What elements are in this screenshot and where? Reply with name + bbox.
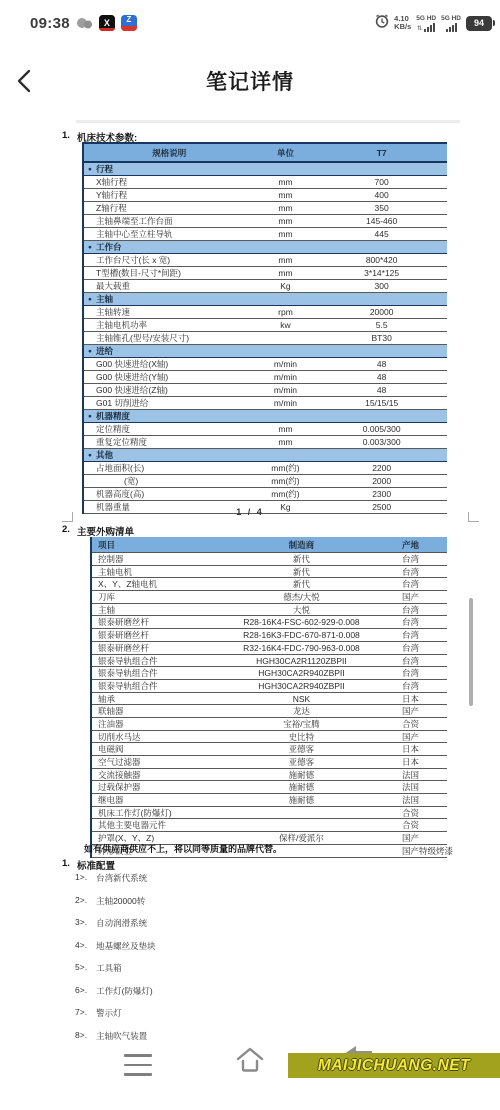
item-name: 刀库 xyxy=(92,591,227,603)
signal-bars-icon xyxy=(424,23,435,32)
spec-row: 占地面积(长)mm(约)2200 xyxy=(84,462,447,475)
item-name: 银泰导轨组合件 xyxy=(92,680,227,692)
section-title: 主要外购清单 xyxy=(77,524,134,538)
spec-row: (宽)mm(约)2000 xyxy=(84,475,447,488)
spec-group-row: ●主轴 xyxy=(84,293,447,306)
item-name: X、Y、Z轴电机 xyxy=(92,578,227,590)
purchase-table-body: 控制器新代台湾主轴电机新代台湾X、Y、Z轴电机新代台湾刀库德杰/大悦国产主轴大悦… xyxy=(92,553,447,858)
manufacturer: 新代 xyxy=(227,553,376,565)
spec-group-row: ●工作台 xyxy=(84,241,447,254)
spec-name: 主轴电机功率 xyxy=(84,319,255,331)
origin: 日本 xyxy=(376,756,447,768)
page-indicator: 1 / 4 xyxy=(0,507,500,517)
spec-name: 主轴中心至立柱导轨 xyxy=(84,228,255,240)
column-header: 项目 xyxy=(92,539,227,551)
item-number: 4>. xyxy=(75,940,87,952)
spec-value: 48 xyxy=(316,359,447,369)
hamburger-menu-icon xyxy=(124,1073,152,1076)
page-edge xyxy=(76,120,460,123)
sim1-network-type: 5G HD xyxy=(416,15,436,22)
manufacturer: 大悦 xyxy=(227,604,376,616)
purchase-row: 银泰导轨组合件HGH30CA2R940ZBPII台湾 xyxy=(92,667,447,680)
manufacturer: HGH30CA2R1120ZBPII xyxy=(227,656,376,666)
spec-group-row: ●机器精度 xyxy=(84,410,447,423)
section3-heading: 1. 标准配置 xyxy=(62,858,115,872)
spec-name: (宽) xyxy=(84,475,255,487)
purchase-row: 注油器宝裕/宝腾合资 xyxy=(92,718,447,731)
spec-name: X轴行程 xyxy=(84,176,255,188)
spec-table-header: 规格说明 单位 T7 xyxy=(84,142,447,163)
spec-value: 20000 xyxy=(316,307,447,317)
section-number: 1. xyxy=(62,858,70,872)
purchase-row: 轴承NSK日本 xyxy=(92,693,447,706)
item-number: 7>. xyxy=(75,1007,87,1019)
spec-unit: m/min xyxy=(255,372,317,382)
hamburger-menu-icon xyxy=(124,1054,152,1057)
phone-screen: 09:38 X Z 4.10 KB/s 5G HD ⇅ 5G HD xyxy=(0,0,500,1110)
spec-name: G00 快速进给(Y轴) xyxy=(84,371,255,383)
group-label: 工作台 xyxy=(96,241,122,253)
spec-name: 定位精度 xyxy=(84,423,255,435)
origin: 国产 xyxy=(376,731,447,743)
spec-value: 300 xyxy=(316,281,447,291)
spec-name: 主轴鼻端至工作台面 xyxy=(84,215,255,227)
purchase-row: 机床工作灯(防爆灯)合资 xyxy=(92,807,447,820)
config-list-item: 1>.台湾新代系统 xyxy=(75,872,156,884)
purchase-row: 电磁阀亚德客日本 xyxy=(92,743,447,756)
spec-row: 最大载重Kg300 xyxy=(84,280,447,293)
home-button[interactable] xyxy=(234,1044,266,1076)
spec-name: 最大载重 xyxy=(84,280,255,292)
item-name: 主轴 xyxy=(92,604,227,616)
purchase-row: 交流接触器施耐德法国 xyxy=(92,769,447,782)
group-label: 其他 xyxy=(96,449,113,461)
origin: 台湾 xyxy=(376,604,447,616)
spec-value: 2000 xyxy=(316,476,447,486)
battery-icon: 94 xyxy=(466,16,492,31)
spec-row: G00 快速进给(Z轴)m/min48 xyxy=(84,384,447,397)
scrollbar[interactable] xyxy=(469,598,473,706)
spec-value: 15/15/15 xyxy=(316,398,447,408)
spec-row: G00 快速进给(Y轴)m/min48 xyxy=(84,371,447,384)
item-name: 联轴器 xyxy=(92,705,227,717)
spec-value: 700 xyxy=(316,177,447,187)
item-number: 1>. xyxy=(75,872,87,884)
spec-row: X轴行程mm700 xyxy=(84,176,447,189)
item-text: 台湾新代系统 xyxy=(96,872,147,884)
manufacturer: 龙达 xyxy=(227,705,376,717)
config-list-item: 5>.工具箱 xyxy=(75,962,156,974)
spec-unit: mm xyxy=(255,203,317,213)
manufacturer: 新代 xyxy=(227,566,376,578)
item-text: 工作灯(防爆灯) xyxy=(96,985,153,997)
origin: 台湾 xyxy=(376,553,447,565)
item-name: 银泰导轨组合件 xyxy=(92,667,227,679)
manufacturer: 施耐德 xyxy=(227,781,376,793)
section-number: 2. xyxy=(62,524,70,538)
item-name: 主轴电机 xyxy=(92,566,227,578)
spec-unit: rpm xyxy=(255,307,317,317)
origin: 国产 xyxy=(376,832,447,844)
origin: 台湾 xyxy=(376,629,447,641)
spec-value: 0.005/300 xyxy=(316,424,447,434)
item-name: 继电器 xyxy=(92,794,227,806)
item-name: 银泰研磨丝杆 xyxy=(92,616,227,628)
spec-value: 445 xyxy=(316,229,447,239)
spec-name: 工作台尺寸(长 x 宽) xyxy=(84,254,255,266)
spec-row: G01 切削进给m/min15/15/15 xyxy=(84,397,447,410)
section-number: 1. xyxy=(62,130,70,144)
origin: 法国 xyxy=(376,794,447,806)
spec-value: 5.5 xyxy=(316,320,447,330)
home-icon xyxy=(234,1044,266,1076)
purchase-row: 主轴大悦台湾 xyxy=(92,604,447,617)
spec-row: 主轴锥孔(型号/安装尺寸)BT30 xyxy=(84,332,447,345)
item-text: 自动润滑系统 xyxy=(96,917,147,929)
spec-value: 400 xyxy=(316,190,447,200)
spec-unit: mm xyxy=(255,216,317,226)
origin: 合资 xyxy=(376,807,447,819)
item-name: 其他主要电器元件 xyxy=(92,819,227,831)
spec-unit: mm xyxy=(255,177,317,187)
signal-bars-icon xyxy=(446,23,457,32)
spec-unit: mm xyxy=(255,268,317,278)
spec-row: Z轴行程mm350 xyxy=(84,202,447,215)
origin: 日本 xyxy=(376,693,447,705)
bullet-icon: ● xyxy=(88,348,92,355)
group-label: 机器精度 xyxy=(96,410,130,422)
spec-row: Y轴行程mm400 xyxy=(84,189,447,202)
spec-row: 工作台尺寸(长 x 宽)mm800*420 xyxy=(84,254,447,267)
spec-value: 3*14*125 xyxy=(316,268,447,278)
spec-row: 重复定位精度mm0.003/300 xyxy=(84,436,447,449)
origin: 台湾 xyxy=(376,655,447,667)
group-label: 行程 xyxy=(96,163,113,175)
spec-value: 2200 xyxy=(316,463,447,473)
item-name: 注油器 xyxy=(92,718,227,730)
chat-bubbles-icon xyxy=(76,17,93,30)
manufacturer: 史比特 xyxy=(227,731,376,743)
spec-table: 规格说明 单位 T7 ●行程X轴行程mm700Y轴行程mm400Z轴行程mm35… xyxy=(82,142,447,514)
spec-row: 机器高度(高)mm(约)2300 xyxy=(84,488,447,501)
column-header: T7 xyxy=(316,148,447,158)
purchase-row: 主轴电机新代台湾 xyxy=(92,566,447,579)
page-corner-mark xyxy=(62,512,73,522)
spec-value: 145-460 xyxy=(316,216,447,226)
config-list-item: 4>.地基螺丝及垫块 xyxy=(75,940,156,952)
spec-unit: m/min xyxy=(255,359,317,369)
origin: 台湾 xyxy=(376,616,447,628)
item-text: 工具箱 xyxy=(96,962,122,974)
origin: 台湾 xyxy=(376,566,447,578)
purchase-row: 银泰研磨丝杆R28-16K4-FSC-602-929-0.008台湾 xyxy=(92,616,447,629)
item-name: 轴承 xyxy=(92,693,227,705)
spec-unit: mm xyxy=(255,255,317,265)
spec-value: 800*420 xyxy=(316,255,447,265)
item-name: 切削水马达 xyxy=(92,731,227,743)
origin: 国产 xyxy=(376,705,447,717)
manufacturer: 宝裕/宝腾 xyxy=(227,718,376,730)
spec-name: 重复定位精度 xyxy=(84,436,255,448)
app-header: 笔记详情 xyxy=(0,58,500,106)
config-list-item: 7>.警示灯 xyxy=(75,1007,156,1019)
bullet-icon: ● xyxy=(88,166,92,173)
spec-unit: m/min xyxy=(255,398,317,408)
battery-percent: 94 xyxy=(474,18,484,28)
alarm-clock-icon xyxy=(375,14,389,33)
spec-group-row: ●其他 xyxy=(84,449,447,462)
app-badge-icon: Z xyxy=(121,15,137,31)
origin: 合资 xyxy=(376,718,447,730)
item-name: 控制器 xyxy=(92,553,227,565)
origin: 国产特级烤漆 xyxy=(376,845,447,857)
data-arrows-icon: ⇅ xyxy=(417,26,422,32)
origin: 合资 xyxy=(376,819,447,831)
manufacturer: R32-16K4-FDC-790-963-0.008 xyxy=(227,643,376,653)
spec-row: T型槽(数目-尺寸*间距)mm3*14*125 xyxy=(84,267,447,280)
purchase-row: 切削水马达史比特国产 xyxy=(92,731,447,744)
group-label: 进给 xyxy=(96,345,113,357)
origin: 日本 xyxy=(376,743,447,755)
spec-name: 机器高度(高) xyxy=(84,488,255,500)
spec-value: 2300 xyxy=(316,489,447,499)
bullet-icon: ● xyxy=(88,244,92,251)
spec-row: 主轴鼻端至工作台面mm145-460 xyxy=(84,215,447,228)
bullet-icon: ● xyxy=(88,296,92,303)
sim2-signal: 5G HD xyxy=(441,15,461,32)
bullet-icon: ● xyxy=(88,413,92,420)
section-title: 标准配置 xyxy=(77,858,115,872)
purchase-row: 继电器施耐德法国 xyxy=(92,794,447,807)
manufacturer: 亚德客 xyxy=(227,756,376,768)
watermark-text: MAIJICHUANG.NET xyxy=(318,1057,470,1075)
origin: 国产 xyxy=(376,591,447,603)
spec-unit: kw xyxy=(255,320,317,330)
origin: 法国 xyxy=(376,769,447,781)
manufacturer: NSK xyxy=(227,694,376,704)
item-text: 主轴20000转 xyxy=(96,895,145,907)
bottom-nav-bar: MAIJICHUANG.NET xyxy=(0,1040,500,1110)
status-bar-left: 09:38 X Z xyxy=(0,15,137,32)
spec-unit: mm xyxy=(255,437,317,447)
spec-table-body: ●行程X轴行程mm700Y轴行程mm400Z轴行程mm350主轴鼻端至工作台面m… xyxy=(84,163,447,514)
spec-name: 占地面积(长) xyxy=(84,462,255,474)
spec-row: 主轴电机功率kw5.5 xyxy=(84,319,447,332)
manufacturer: R28-16K3-FDC-670-871-0.008 xyxy=(227,630,376,640)
config-list-item: 6>.工作灯(防爆灯) xyxy=(75,985,156,997)
manufacturer: HGH30CA2R940ZBPII xyxy=(227,681,376,691)
spec-name: G01 切削进给 xyxy=(84,397,255,409)
spec-name: Y轴行程 xyxy=(84,189,255,201)
spec-name: T型槽(数目-尺寸*间距) xyxy=(84,267,255,279)
column-header: 制造商 xyxy=(227,539,376,551)
spec-row: 主轴转速rpm20000 xyxy=(84,306,447,319)
sim2-network-type: 5G HD xyxy=(441,15,461,22)
purchase-row: 空气过滤器亚德客日本 xyxy=(92,756,447,769)
network-speed: 4.10 KB/s xyxy=(394,15,411,32)
manufacturer: 新代 xyxy=(227,578,376,590)
spec-value: 48 xyxy=(316,385,447,395)
column-header: 产地 xyxy=(376,539,447,551)
manufacturer: 施耐德 xyxy=(227,769,376,781)
spec-value: 350 xyxy=(316,203,447,213)
substitution-note: 如有供应商供应不上，将以同等质量的品牌代替。 xyxy=(84,842,282,855)
spec-unit: m/min xyxy=(255,385,317,395)
item-number: 3>. xyxy=(75,917,87,929)
status-bar-right: 4.10 KB/s 5G HD ⇅ 5G HD 94 xyxy=(375,14,500,33)
spec-row: 主轴中心至立柱导轨mm445 xyxy=(84,228,447,241)
spec-row: 定位精度mm0.005/300 xyxy=(84,423,447,436)
item-name: 交流接触器 xyxy=(92,769,227,781)
purchase-table-header: 项目 制造商 产地 xyxy=(92,537,447,553)
spec-row: G00 快速进给(X轴)m/min48 xyxy=(84,358,447,371)
page-title: 笔记详情 xyxy=(0,66,500,96)
origin: 台湾 xyxy=(376,578,447,590)
spec-unit: mm xyxy=(255,229,317,239)
manufacturer: HGH30CA2R940ZBPII xyxy=(227,668,376,678)
hamburger-menu-icon xyxy=(124,1064,152,1067)
spec-value: BT30 xyxy=(316,333,447,343)
item-text: 地基螺丝及垫块 xyxy=(96,940,156,952)
manufacturer: 施耐德 xyxy=(227,794,376,806)
recent-apps-button[interactable] xyxy=(124,1054,152,1076)
sim1-signal: 5G HD ⇅ xyxy=(416,15,436,32)
config-list-item: 2>.主轴20000转 xyxy=(75,895,156,907)
status-bar: 09:38 X Z 4.10 KB/s 5G HD ⇅ 5G HD xyxy=(0,10,500,36)
item-number: 2>. xyxy=(75,895,87,907)
clock-time: 09:38 xyxy=(30,15,70,32)
spec-unit: mm(约) xyxy=(255,475,317,487)
manufacturer: R28-16K4-FSC-602-929-0.008 xyxy=(227,617,376,627)
column-header: 规格说明 xyxy=(84,147,255,159)
purchase-row: 过载保护器施耐德法国 xyxy=(92,781,447,794)
section2-heading: 2. 主要外购清单 xyxy=(62,524,134,538)
purchase-row: X、Y、Z轴电机新代台湾 xyxy=(92,578,447,591)
spec-group-row: ●行程 xyxy=(84,163,447,176)
purchase-row: 银泰导轨组合件HGH30CA2R1120ZBPII台湾 xyxy=(92,655,447,668)
spec-value: 0.003/300 xyxy=(316,437,447,447)
purchase-table: 项目 制造商 产地 控制器新代台湾主轴电机新代台湾X、Y、Z轴电机新代台湾刀库德… xyxy=(90,537,447,858)
spec-unit: mm(约) xyxy=(255,462,317,474)
item-name: 银泰研磨丝杆 xyxy=(92,629,227,641)
origin: 台湾 xyxy=(376,680,447,692)
spec-name: Z轴行程 xyxy=(84,202,255,214)
origin: 台湾 xyxy=(376,667,447,679)
purchase-row: 银泰研磨丝杆R32-16K4-FDC-790-963-0.008台湾 xyxy=(92,642,447,655)
purchase-row: 控制器新代台湾 xyxy=(92,553,447,566)
config-list-item: 3>.自动润滑系统 xyxy=(75,917,156,929)
item-number: 6>. xyxy=(75,985,87,997)
spec-value: 48 xyxy=(316,372,447,382)
item-name: 机床工作灯(防爆灯) xyxy=(92,807,227,819)
item-name: 电磁阀 xyxy=(92,743,227,755)
spec-name: 主轴锥孔(型号/安装尺寸) xyxy=(84,332,255,344)
purchase-row: 银泰研磨丝杆R28-16K3-FDC-670-871-0.008台湾 xyxy=(92,629,447,642)
spec-unit: mm xyxy=(255,190,317,200)
item-name: 过载保护器 xyxy=(92,781,227,793)
column-header: 单位 xyxy=(255,147,317,159)
item-text: 警示灯 xyxy=(96,1007,122,1019)
spec-name: G00 快速进给(Z轴) xyxy=(84,384,255,396)
spec-name: G00 快速进给(X轴) xyxy=(84,358,255,370)
manufacturer: 德杰/大悦 xyxy=(227,591,376,603)
origin: 台湾 xyxy=(376,642,447,654)
purchase-row: 联轴器龙达国产 xyxy=(92,705,447,718)
spec-unit: mm xyxy=(255,424,317,434)
spec-group-row: ●进给 xyxy=(84,345,447,358)
purchase-row: 刀库德杰/大悦国产 xyxy=(92,591,447,604)
spec-unit: Kg xyxy=(255,281,317,291)
item-name: 银泰研磨丝杆 xyxy=(92,642,227,654)
item-name: 空气过滤器 xyxy=(92,756,227,768)
group-label: 主轴 xyxy=(96,293,113,305)
bullet-icon: ● xyxy=(88,452,92,459)
item-number: 5>. xyxy=(75,962,87,974)
watermark: MAIJICHUANG.NET xyxy=(288,1053,500,1078)
manufacturer: 亚德客 xyxy=(227,743,376,755)
spec-unit: mm(约) xyxy=(255,488,317,500)
spec-name: 主轴转速 xyxy=(84,306,255,318)
speed-unit: KB/s xyxy=(394,23,411,31)
purchase-row: 银泰导轨组合件HGH30CA2R940ZBPII台湾 xyxy=(92,680,447,693)
page-corner-mark xyxy=(468,512,479,522)
capcut-app-icon: X xyxy=(99,15,115,31)
item-name: 银泰导轨组合件 xyxy=(92,655,227,667)
document-view[interactable]: 1. 机床技术参数: 规格说明 单位 T7 ●行程X轴行程mm700Y轴行程mm… xyxy=(0,114,500,1040)
origin: 法国 xyxy=(376,781,447,793)
purchase-row: 其他主要电器元件合资 xyxy=(92,819,447,832)
